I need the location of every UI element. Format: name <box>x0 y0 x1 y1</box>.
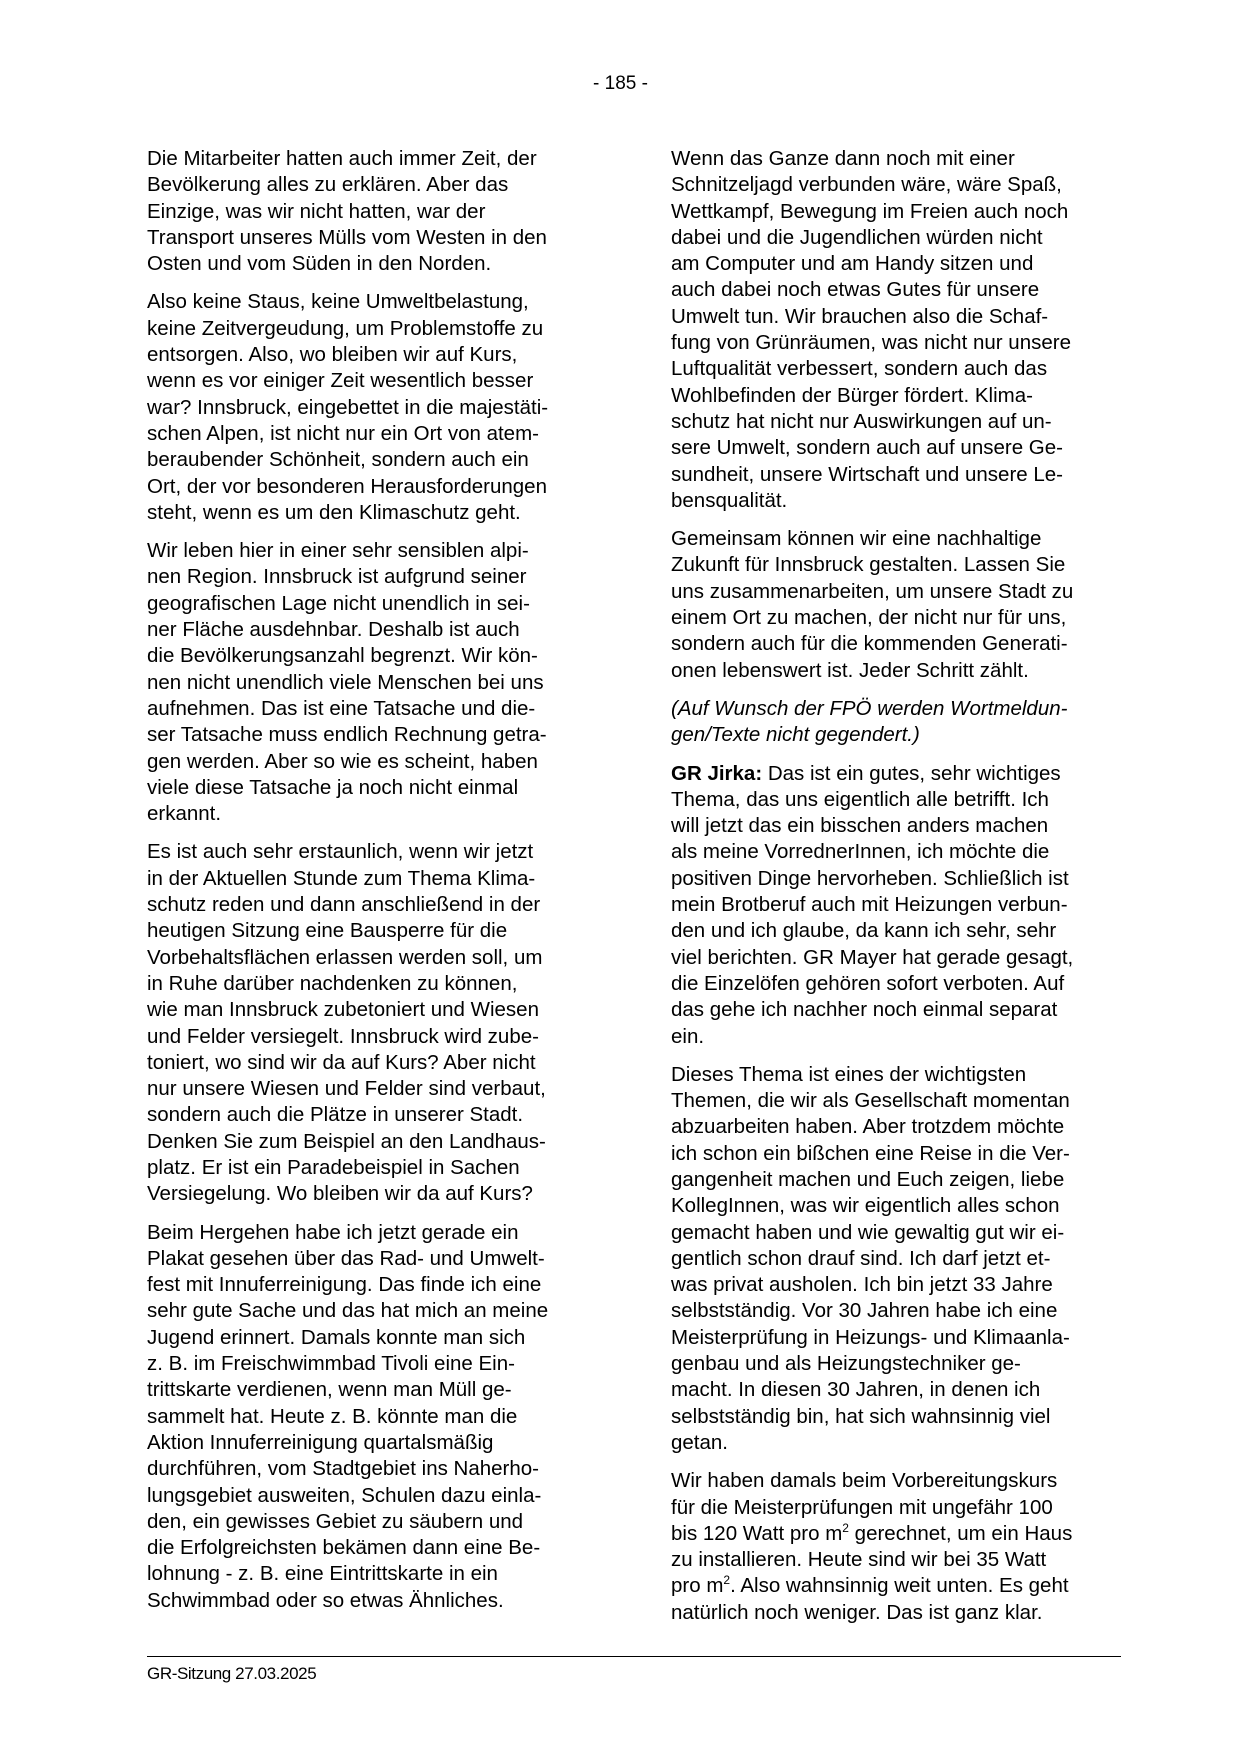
text-line: dabei und die Jugendlichen würden nicht <box>671 225 1119 251</box>
text-line: sundheit, unsere Wirtschaft und unsere L… <box>671 462 1119 488</box>
text-line: Luftqualität verbessert, sondern auch da… <box>671 356 1119 382</box>
text-line: das gehe ich nachher noch einmal separat <box>671 997 1119 1023</box>
text-line: lohnung - z. B. eine Eintrittskarte in e… <box>147 1561 595 1587</box>
text-line: Ort, der vor besonderen Herausforderunge… <box>147 474 595 500</box>
text-line: nur unsere Wiesen und Felder sind verbau… <box>147 1076 595 1102</box>
paragraph: Dieses Thema ist eines der wichtigsten T… <box>671 1062 1119 1456</box>
text-line: lungsgebiet ausweiten, Schulen dazu einl… <box>147 1483 595 1509</box>
speech-paragraph: GR Jirka: Das ist ein gutes, sehr wichti… <box>671 761 1119 1050</box>
text-line: in der Aktuellen Stunde zum Thema Klima- <box>147 866 595 892</box>
text-line: Es ist auch sehr erstaunlich, wenn wir j… <box>147 839 595 865</box>
text-line: will jetzt das ein bisschen anders mache… <box>671 813 1119 839</box>
text-line: einem Ort zu machen, der nicht nur für u… <box>671 605 1119 631</box>
text-line: toniert, wo sind wir da auf Kurs? Aber n… <box>147 1050 595 1076</box>
text-line: Wenn das Ganze dann noch mit einer <box>671 146 1119 172</box>
text-line: wie man Innsbruck zubetoniert und Wiesen <box>147 997 595 1023</box>
text-line: getan. <box>671 1430 1119 1456</box>
paragraph: Die Mitarbeiter hatten auch immer Zeit, … <box>147 146 595 277</box>
text-line: sondern auch die Plätze in unserer Stadt… <box>147 1102 595 1128</box>
text-line: Meisterprüfung in Heizungs- und Klimaanl… <box>671 1325 1119 1351</box>
text-line: die Erfolgreichsten bekämen dann eine Be… <box>147 1535 595 1561</box>
text-line: Gemeinsam können wir eine nachhaltige <box>671 526 1119 552</box>
text-line: Wir leben hier in einer sehr sensiblen a… <box>147 538 595 564</box>
text-line: nen Region. Innsbruck ist aufgrund seine… <box>147 564 595 590</box>
text-line: für die Meisterprüfungen mit ungefähr 10… <box>671 1495 1119 1521</box>
text-line: Versiegelung. Wo bleiben wir da auf Kurs… <box>147 1181 595 1207</box>
paragraph: Gemeinsam können wir eine nachhaltige Zu… <box>671 526 1119 684</box>
text-line: abzuarbeiten haben. Aber trotzdem möchte <box>671 1114 1119 1140</box>
text-line: in Ruhe darüber nachdenken zu können, <box>147 971 595 997</box>
text-line: gemacht haben und wie gewaltig gut wir e… <box>671 1220 1119 1246</box>
text-line: fung von Grünräumen, was nicht nur unser… <box>671 330 1119 356</box>
text-line: Schwimmbad oder so etwas Ähnliches. <box>147 1588 595 1614</box>
text-line: onen lebenswert ist. Jeder Schritt zählt… <box>671 658 1119 684</box>
text-line: was privat ausholen. Ich bin jetzt 33 Ja… <box>671 1272 1119 1298</box>
text-line: bis 120 Watt pro m2 gerechnet, um ein Ha… <box>671 1521 1119 1547</box>
text-line: Einzige, was wir nicht hatten, war der <box>147 199 595 225</box>
text-line: Themen, die wir als Gesellschaft momenta… <box>671 1088 1119 1114</box>
text-line: Transport unseres Mülls vom Westen in de… <box>147 225 595 251</box>
text-line: ner Fläche ausdehnbar. Deshalb ist auch <box>147 617 595 643</box>
text-line: ich schon ein bißchen eine Reise in die … <box>671 1141 1119 1167</box>
text-line: bensqualität. <box>671 488 1119 514</box>
text-line: Denken Sie zum Beispiel an den Landhaus- <box>147 1129 595 1155</box>
text-line: ein. <box>671 1024 1119 1050</box>
text-line: Umwelt tun. Wir brauchen also die Schaf- <box>671 304 1119 330</box>
text-line: Plakat gesehen über das Rad- und Umwelt- <box>147 1246 595 1272</box>
editorial-note: (Auf Wunsch der FPÖ werden Wortmeldun- g… <box>671 696 1119 749</box>
text-line: natürlich noch weniger. Das ist ganz kla… <box>671 1600 1119 1626</box>
text-line: Schnitzeljagd verbunden wäre, wäre Spaß, <box>671 172 1119 198</box>
text-line: GR Jirka: Das ist ein gutes, sehr wichti… <box>671 761 1119 787</box>
text-line: aufnehmen. Das ist eine Tatsache und die… <box>147 696 595 722</box>
text-line: Wohlbefinden der Bürger fördert. Klima- <box>671 383 1119 409</box>
text-line: selbstständig bin, hat sich wahnsinnig v… <box>671 1404 1119 1430</box>
text-line: Jugend erinnert. Damals konnte man sich <box>147 1325 595 1351</box>
footer-divider <box>147 1656 1121 1657</box>
text-line: auch dabei noch etwas Gutes für unsere <box>671 277 1119 303</box>
text-segment: gerechnet, um ein Haus <box>849 1522 1072 1545</box>
text-line: am Computer und am Handy sitzen und <box>671 251 1119 277</box>
text-line: heutigen Sitzung eine Bausperre für die <box>147 918 595 944</box>
text-line: viel berichten. GR Mayer hat gerade gesa… <box>671 945 1119 971</box>
text-line: sammelt hat. Heute z. B. könnte man die <box>147 1404 595 1430</box>
text-line: Wir haben damals beim Vorbereitungskurs <box>671 1468 1119 1494</box>
text-line: sehr gute Sache und das hat mich an mein… <box>147 1298 595 1324</box>
text-segment: pro m <box>671 1574 723 1597</box>
text-line: war? Innsbruck, eingebettet in die majes… <box>147 395 595 421</box>
text-line: gen/Texte nicht gegendert.) <box>671 722 1119 748</box>
text-line: Beim Hergehen habe ich jetzt gerade ein <box>147 1220 595 1246</box>
text-line: keine Zeitvergeudung, um Problemstoffe z… <box>147 316 595 342</box>
paragraph: Wenn das Ganze dann noch mit einer Schni… <box>671 146 1119 514</box>
page-number: - 185 - <box>0 72 1241 96</box>
text-line: den, ein gewisses Gebiet zu säubern und <box>147 1509 595 1535</box>
text-line: Vorbehaltsflächen erlassen werden soll, … <box>147 945 595 971</box>
text-line: schutz hat nicht nur Auswirkungen auf un… <box>671 409 1119 435</box>
text-line: ser Tatsache muss endlich Rechnung getra… <box>147 722 595 748</box>
text-line: und Felder versiegelt. Innsbruck wird zu… <box>147 1024 595 1050</box>
text-line: macht. In diesen 30 Jahren, in denen ich <box>671 1377 1119 1403</box>
text-line: sere Umwelt, sondern auch auf unsere Ge- <box>671 435 1119 461</box>
text-line: Bevölkerung alles zu erklären. Aber das <box>147 172 595 198</box>
text-line: gangenheit machen und Euch zeigen, liebe <box>671 1167 1119 1193</box>
text-line: wenn es vor einiger Zeit wesentlich bess… <box>147 368 595 394</box>
text-line: KollegInnen, was wir eigentlich alles sc… <box>671 1193 1119 1219</box>
text-line: durchführen, vom Stadtgebiet ins Naherho… <box>147 1456 595 1482</box>
text-line: gentlich schon drauf sind. Ich darf jetz… <box>671 1246 1119 1272</box>
text-line: positiven Dinge hervorheben. Schließlich… <box>671 866 1119 892</box>
text-line: mein Brotberuf auch mit Heizungen verbun… <box>671 892 1119 918</box>
text-segment: . Also wahnsinnig weit unten. Es geht <box>730 1574 1068 1597</box>
text-segment: bis 120 Watt pro m <box>671 1522 842 1545</box>
superscript: 2 <box>842 1521 849 1535</box>
text-line: beraubender Schönheit, sondern auch ein <box>147 447 595 473</box>
paragraph: Es ist auch sehr erstaunlich, wenn wir j… <box>147 839 595 1207</box>
text-line: Wettkampf, Bewegung im Freien auch noch <box>671 199 1119 225</box>
footer-session-date: GR-Sitzung 27.03.2025 <box>147 1663 316 1685</box>
speaker-name: GR Jirka: <box>671 762 762 785</box>
paragraph: Wir haben damals beim Vorbereitungskurs … <box>671 1468 1119 1626</box>
text-line: steht, wenn es um den Klimaschutz geht. <box>147 500 595 526</box>
right-column: Wenn das Ganze dann noch mit einer Schni… <box>671 146 1119 1638</box>
text-line: trittskarte verdienen, wenn man Müll ge- <box>147 1377 595 1403</box>
text-line: den und ich glaube, da kann ich sehr, se… <box>671 918 1119 944</box>
text-line: Die Mitarbeiter hatten auch immer Zeit, … <box>147 146 595 172</box>
text-line: genbau und als Heizungstechniker ge- <box>671 1351 1119 1377</box>
text-line: als meine VorrednerInnen, ich möchte die <box>671 839 1119 865</box>
text-line: Aktion Innuferreinigung quartalsmäßig <box>147 1430 595 1456</box>
text-line: Dieses Thema ist eines der wichtigsten <box>671 1062 1119 1088</box>
paragraph: Also keine Staus, keine Umweltbelastung,… <box>147 289 595 526</box>
text-line: sondern auch für die kommenden Generati- <box>671 631 1119 657</box>
text-line: viele diese Tatsache ja noch nicht einma… <box>147 775 595 801</box>
text-line: die Bevölkerungsanzahl begrenzt. Wir kön… <box>147 643 595 669</box>
text-line: fest mit Innuferreinigung. Das finde ich… <box>147 1272 595 1298</box>
left-column: Die Mitarbeiter hatten auch immer Zeit, … <box>147 146 595 1626</box>
text-line: entsorgen. Also, wo bleiben wir auf Kurs… <box>147 342 595 368</box>
text-line: nen nicht unendlich viele Menschen bei u… <box>147 670 595 696</box>
text-line: geografischen Lage nicht unendlich in se… <box>147 591 595 617</box>
text-line: schen Alpen, ist nicht nur ein Ort von a… <box>147 421 595 447</box>
text-line: erkannt. <box>147 801 595 827</box>
text-line: Thema, das uns eigentlich alle betrifft.… <box>671 787 1119 813</box>
text-line: gen werden. Aber so wie es scheint, habe… <box>147 749 595 775</box>
text-line: schutz reden und dann anschließend in de… <box>147 892 595 918</box>
paragraph: Wir leben hier in einer sehr sensiblen a… <box>147 538 595 827</box>
text-line: selbstständig. Vor 30 Jahren habe ich ei… <box>671 1298 1119 1324</box>
text-line: die Einzelöfen gehören sofort verboten. … <box>671 971 1119 997</box>
text-line: Osten und vom Süden in den Norden. <box>147 251 595 277</box>
text-line: z. B. im Freischwimmbad Tivoli eine Ein- <box>147 1351 595 1377</box>
text-line: Zukunft für Innsbruck gestalten. Lassen … <box>671 552 1119 578</box>
text-line: uns zusammenarbeiten, um unsere Stadt zu <box>671 579 1119 605</box>
text-line: (Auf Wunsch der FPÖ werden Wortmeldun- <box>671 696 1119 722</box>
text-line: Also keine Staus, keine Umweltbelastung, <box>147 289 595 315</box>
speech-text: Das ist ein gutes, sehr wichtiges <box>762 762 1061 785</box>
text-line: platz. Er ist ein Paradebeispiel in Sach… <box>147 1155 595 1181</box>
text-line: zu installieren. Heute sind wir bei 35 W… <box>671 1547 1119 1573</box>
text-line: pro m2. Also wahnsinnig weit unten. Es g… <box>671 1573 1119 1599</box>
paragraph: Beim Hergehen habe ich jetzt gerade ein … <box>147 1220 595 1614</box>
